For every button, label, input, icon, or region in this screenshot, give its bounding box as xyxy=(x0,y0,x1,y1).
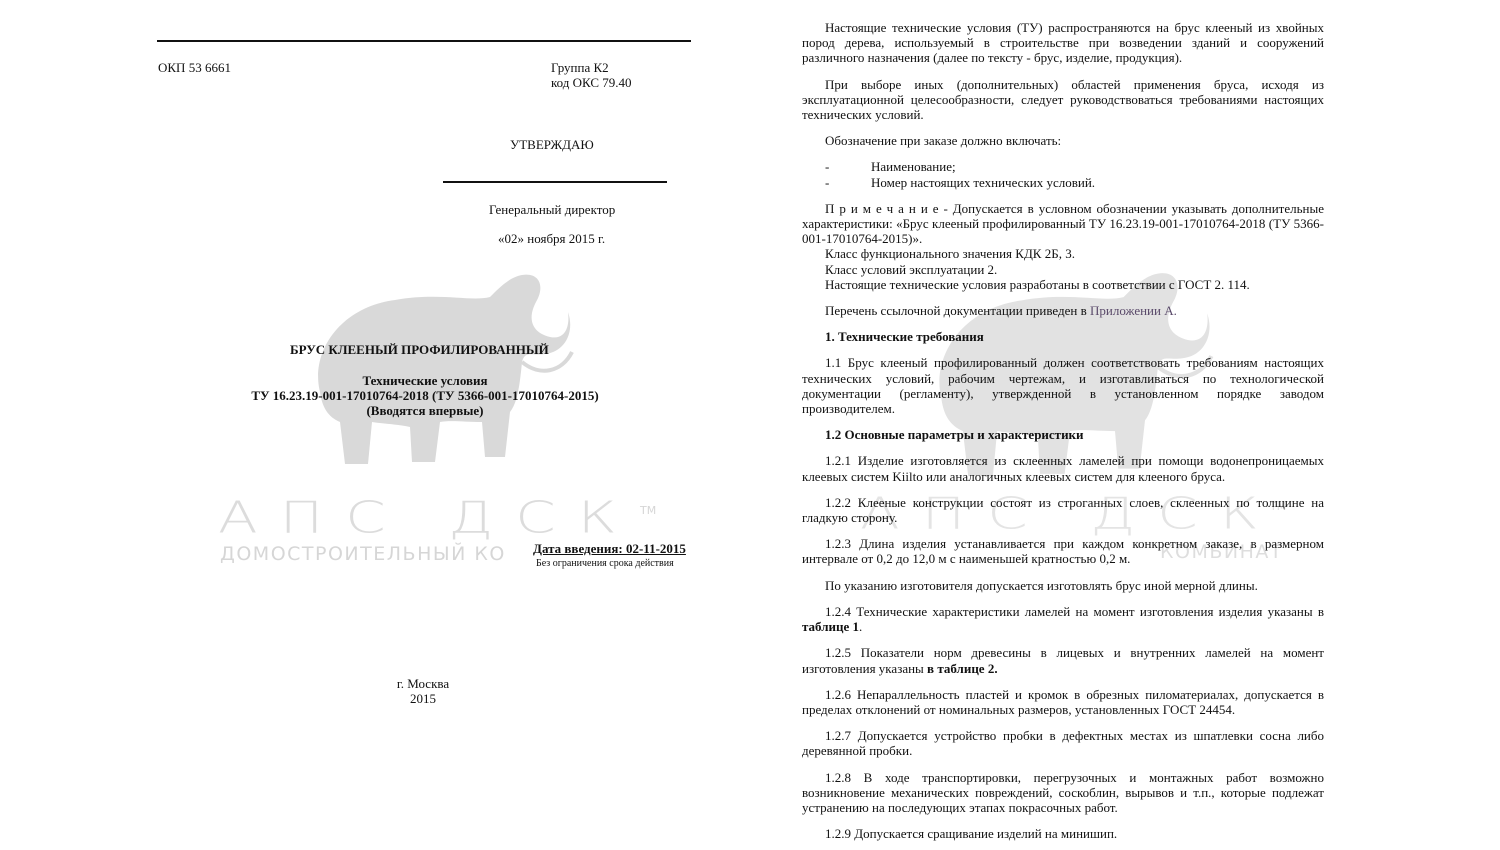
list-item: - Наименование; xyxy=(802,159,1324,174)
tu-number: ТУ 16.23.19-001-17010764-2018 (ТУ 5366-0… xyxy=(230,388,620,403)
document-subtitle: Технические условия xyxy=(230,373,620,388)
document-title: БРУС КЛЕЕНЫЙ ПРОФИЛИРОВАННЫЙ xyxy=(290,342,549,357)
paragraph-operation-class: Класс условий эксплуатации 2. xyxy=(802,262,1324,277)
list-item-text: Номер настоящих технических условий. xyxy=(871,175,1095,190)
paragraph-function-class: Класс функционального значения КДК 2Б, 3… xyxy=(802,246,1324,261)
clause-text: 1.2.4 Технические характеристики ламелей… xyxy=(825,604,1324,619)
validity-note: Без ограничения срока действия xyxy=(536,556,674,571)
watermark-brand: АПС ДСК xyxy=(218,492,639,543)
list-marker: - xyxy=(802,175,871,190)
clause-text: 1.2.5 Показатели норм древесины в лицевы… xyxy=(802,645,1324,675)
table-1-ref: таблице 1 xyxy=(802,619,859,634)
clause-1-2-2: 1.2.2 Клееные конструкции состоят из стр… xyxy=(802,495,1324,525)
watermark-tm: TM xyxy=(640,504,656,517)
document-body: Настоящие технические условия (ТУ) распр… xyxy=(802,20,1324,850)
effective-date: Дата введения: 02-11-2015 xyxy=(533,541,686,556)
paragraph-note: П р и м е ч а н и е - Допускается в усло… xyxy=(802,201,1324,247)
clause-1-2-7: 1.2.7 Допускается устройство пробки в де… xyxy=(802,728,1324,758)
paragraph-gost-basis: Настоящие технические условия разработан… xyxy=(802,277,1324,292)
clause-1-2-8: 1.2.8 В ходе транспортировки, перегрузоч… xyxy=(802,770,1324,816)
clause-end: . xyxy=(859,619,862,634)
oks-code: код ОКС 79.40 xyxy=(551,75,632,90)
clause-1-2-3: 1.2.3 Длина изделия устанавливается при … xyxy=(802,536,1324,566)
references-text: Перечень ссылочной документации приведен… xyxy=(825,303,1090,318)
list-item-text: Наименование; xyxy=(871,159,956,174)
table-2-ref: в таблице 2. xyxy=(927,661,998,676)
paragraph-order-designation: Обозначение при заказе должно включать: xyxy=(802,133,1324,148)
clause-1-2-4: 1.2.4 Технические характеристики ламелей… xyxy=(802,604,1324,634)
watermark-tagline: ДОМОСТРОИТЕЛЬНЫЙ КО xyxy=(220,543,506,565)
signatory-title: Генеральный директор xyxy=(489,202,615,217)
paragraph-other-uses: При выборе иных (дополнительных) областе… xyxy=(802,77,1324,123)
body-page: АПС ДСК TM КОМБИНАТ Настоящие технически… xyxy=(750,0,1500,850)
approval-date: «02» ноября 2015 г. xyxy=(498,231,605,246)
paragraph-references: Перечень ссылочной документации приведен… xyxy=(802,303,1324,318)
signature-line xyxy=(443,181,667,183)
clause-1-2-1: 1.2.1 Изделие изготовляется из склеенных… xyxy=(802,453,1324,483)
appendix-a-link[interactable]: Приложении А. xyxy=(1090,303,1177,318)
okp-code: ОКП 53 6661 xyxy=(158,60,231,75)
city: г. Москва xyxy=(360,676,486,691)
title-page: АПС ДСК TM ДОМОСТРОИТЕЛЬНЫЙ КО ОКП 53 66… xyxy=(0,0,750,850)
section-heading-1: 1. Технические требования xyxy=(802,329,1324,344)
top-rule xyxy=(157,40,691,42)
clause-1-1: 1.1 Брус клееный профилированный должен … xyxy=(802,355,1324,416)
order-designation-list: - Наименование; - Номер настоящих технич… xyxy=(802,159,1324,189)
list-marker: - xyxy=(802,159,871,174)
introduced-note: (Вводятся впервые) xyxy=(230,403,620,418)
list-item: - Номер настоящих технических условий. xyxy=(802,175,1324,190)
note-label: П р и м е ч а н и е xyxy=(825,201,939,216)
approve-heading: УТВЕРЖДАЮ xyxy=(510,137,594,152)
clause-1-2-5: 1.2.5 Показатели норм древесины в лицевы… xyxy=(802,645,1324,675)
watermark-mammoth-icon xyxy=(300,272,580,472)
paragraph-scope: Настоящие технические условия (ТУ) распр… xyxy=(802,20,1324,66)
clause-1-2-6: 1.2.6 Непараллельность пластей и кромок … xyxy=(802,687,1324,717)
year: 2015 xyxy=(360,691,486,706)
clause-1-2-9: 1.2.9 Допускается сращивание изделий на … xyxy=(802,826,1324,841)
section-heading-1-2: 1.2 Основные параметры и характеристики xyxy=(802,427,1324,442)
group-code: Группа К2 xyxy=(551,60,609,75)
clause-other-length: По указанию изготовителя допускается изг… xyxy=(802,578,1324,593)
